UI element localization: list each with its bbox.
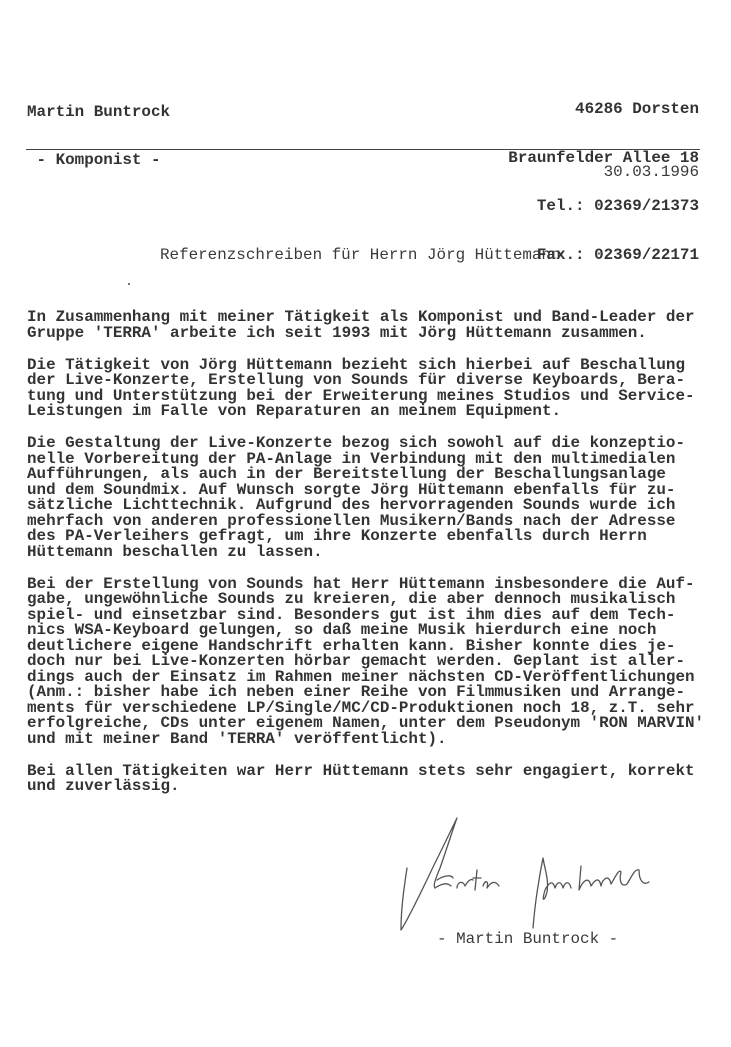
- handwritten-signature: [395, 808, 675, 933]
- address-city: 46286 Dorsten: [508, 101, 699, 118]
- body-line: Leistungen im Falle von Reparaturen an m…: [27, 404, 717, 420]
- address-tel: Tel.: 02369/21373: [508, 198, 699, 215]
- scan-speck: [128, 283, 130, 285]
- letter-subject: Referenzschreiben für Herrn Jörg Hüttema…: [160, 247, 561, 263]
- body-line: und mit meiner Band 'TERRA' veröffentlic…: [27, 732, 717, 748]
- header-divider: [26, 149, 700, 150]
- body-line: und zuverlässig.: [27, 779, 717, 795]
- body-paragraph: In Zusammenhang mit meiner Tätigkeit als…: [27, 310, 717, 341]
- letter-body: In Zusammenhang mit meiner Tätigkeit als…: [27, 310, 717, 811]
- signature-printed-name: - Martin Buntrock -: [437, 931, 618, 947]
- body-line: Hüttemann beschallen zu lassen.: [27, 545, 717, 561]
- body-line: Gruppe 'TERRA' arbeite ich seit 1993 mit…: [27, 326, 717, 342]
- body-paragraph: Bei allen Tätigkeiten war Herr Hüttemann…: [27, 764, 717, 795]
- letter-date: 30.03.1996: [604, 164, 699, 180]
- sender-name: Martin Buntrock: [27, 104, 170, 120]
- sender-block: Martin Buntrock - Komponist -: [27, 72, 170, 184]
- body-paragraph: Die Tätigkeit von Jörg Hüttemann bezieht…: [27, 358, 717, 420]
- body-paragraph: Die Gestaltung der Live-Konzerte bezog s…: [27, 436, 717, 560]
- body-paragraph: Bei der Erstellung von Sounds hat Herr H…: [27, 577, 717, 748]
- sender-role: - Komponist -: [27, 152, 170, 168]
